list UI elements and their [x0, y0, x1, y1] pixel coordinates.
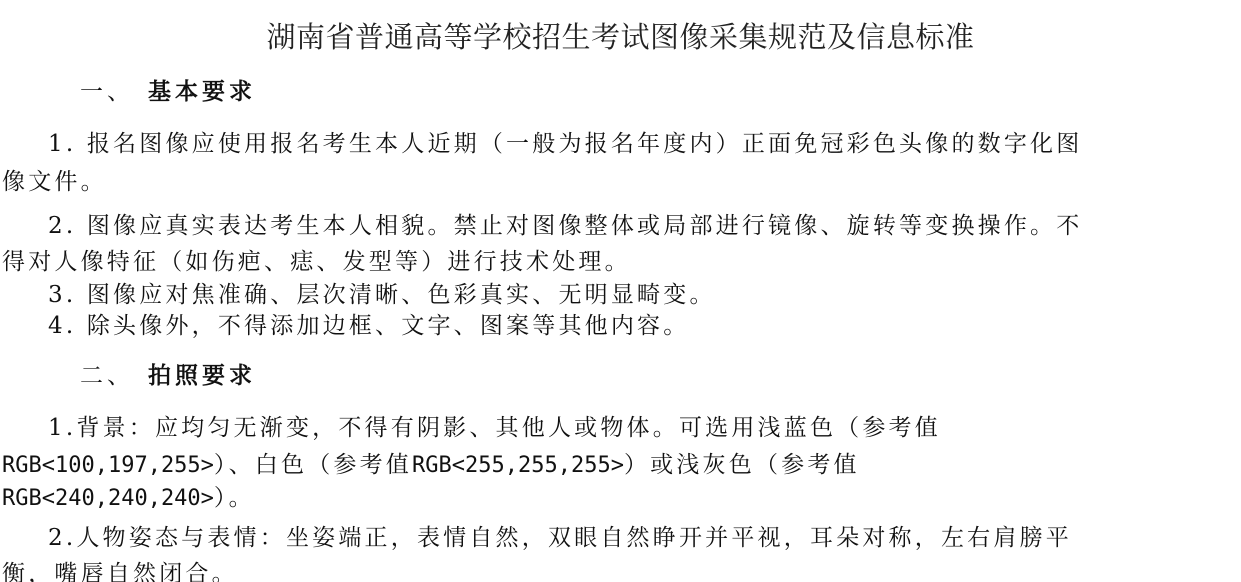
paragraph-item-1-1-cont: 像文件。: [2, 168, 107, 196]
paragraph-item-1-1: 1. 报名图像应使用报名考生本人近期（一般为报名年度内）正面免冠彩色头像的数字化…: [48, 130, 1082, 158]
paragraph-item-2-1-cont2: RGB<240,240,240>）。: [2, 484, 255, 513]
paragraph-item-2-1-cont: RGB<100,197,255>）、白色（参考值RGB<255,255,255>…: [2, 451, 860, 480]
section-number: 一、: [80, 79, 134, 105]
paragraph-item-1-3: 3. 图像应对焦准确、层次清晰、色彩真实、无明显畸变。: [48, 281, 716, 309]
rgb-light-blue: RGB<100,197,255>: [2, 453, 214, 478]
paragraph-item-2-2-cont: 衡，嘴唇自然闭合。: [2, 560, 238, 582]
text-end: ）。: [214, 485, 255, 511]
section-title: 拍照要求: [148, 362, 256, 389]
text-white-label: ）、白色（参考值: [214, 452, 412, 478]
paragraph-item-2-1: 1.背景：应均匀无渐变，不得有阴影、其他人或物体。可选用浅蓝色（参考值: [48, 414, 941, 442]
paragraph-item-1-2-cont: 得对人像特征（如伤疤、痣、发型等）进行技术处理。: [2, 248, 631, 276]
section-heading-basic: 一、基本要求: [80, 78, 256, 106]
paragraph-item-1-4: 4. 除头像外，不得添加边框、文字、图案等其他内容。: [48, 312, 689, 340]
section-title: 基本要求: [148, 78, 256, 105]
rgb-white: RGB<255,255,255>: [412, 453, 624, 478]
rgb-light-grey: RGB<240,240,240>: [2, 486, 214, 511]
document-title: 湖南省普通高等学校招生考试图像采集规范及信息标准: [0, 17, 1241, 57]
section-heading-photo: 二、拍照要求: [80, 362, 256, 390]
section-number: 二、: [80, 363, 134, 389]
paragraph-item-1-2: 2. 图像应真实表达考生本人相貌。禁止对图像整体或局部进行镜像、旋转等变换操作。…: [48, 212, 1082, 240]
text-grey-label: ）或浅灰色（参考值: [624, 452, 860, 478]
paragraph-item-2-2: 2.人物姿态与表情：坐姿端正，表情自然，双眼自然睁开并平视，耳朵对称，左右肩膀平: [48, 524, 1072, 552]
